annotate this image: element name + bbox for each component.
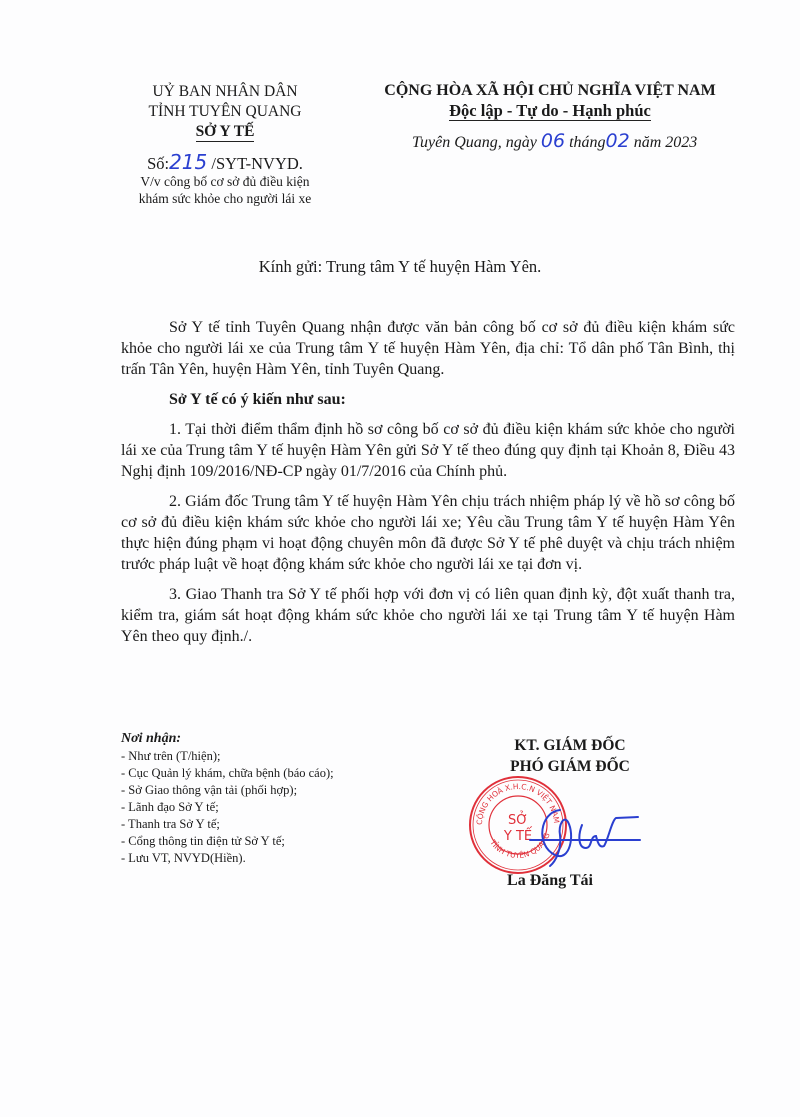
doc-number-suffix: /SYT-NVYD. — [211, 154, 303, 173]
nation-motto: Độc lập - Tự do - Hạnh phúc — [449, 101, 651, 121]
issuing-authority: UỶ BAN NHÂN DÂN TỈNH TUYÊN QUANG SỞ Y TẾ — [100, 82, 350, 142]
item-3: 3. Giao Thanh tra Sở Y tế phối hợp với đ… — [121, 584, 735, 647]
intro-paragraph: Sở Y tế tỉnh Tuyên Quang nhận được văn b… — [121, 317, 735, 380]
document-date: Tuyên Quang, ngày 06 tháng02 năm 2023 — [412, 130, 697, 152]
signature-title-1: KT. GIÁM ĐỐC — [470, 735, 670, 756]
date-day: 06 — [541, 130, 565, 152]
document-body: Sở Y tế tỉnh Tuyên Quang nhận được văn b… — [121, 317, 735, 656]
signature-scribble-icon — [520, 800, 650, 870]
subject-line-1: V/v công bố cơ sở đủ điều kiện — [100, 173, 350, 190]
recipient-item: - Như trên (T/hiện); — [121, 748, 334, 765]
recipient-line: Kính gửi: Trung tâm Y tế huyện Hàm Yên. — [0, 257, 800, 277]
doc-number-prefix: Số: — [147, 154, 169, 173]
recipient-item: - Cổng thông tin điện tử Sở Y tế; — [121, 833, 334, 850]
org-line-1: UỶ BAN NHÂN DÂN — [100, 82, 350, 102]
signer-name: La Đăng Tái — [470, 872, 630, 890]
national-motto: CỘNG HÒA XÃ HỘI CHỦ NGHĨA VIỆT NAM Độc l… — [350, 80, 750, 122]
nation-name: CỘNG HÒA XÃ HỘI CHỦ NGHĨA VIỆT NAM — [350, 80, 750, 101]
recipient-item: - Thanh tra Sở Y tế; — [121, 816, 334, 833]
org-line-3: SỞ Y TẾ — [196, 123, 255, 142]
recipient-item: - Sở Giao thông vận tải (phối hợp); — [121, 782, 334, 799]
recipients-title: Nơi nhận: — [121, 730, 334, 747]
signature-block: KT. GIÁM ĐỐC PHÓ GIÁM ĐỐC — [470, 735, 670, 777]
signature-title-2: PHÓ GIÁM ĐỐC — [470, 756, 670, 777]
opinion-heading: Sở Y tế có ý kiến như sau: — [121, 389, 735, 410]
document-number: Số:215 /SYT-NVYD. — [100, 150, 350, 174]
recipient-item: - Cục Quản lý khám, chữa bệnh (báo cáo); — [121, 765, 334, 782]
recipient-item: - Lưu VT, NVYD(Hiền). — [121, 850, 334, 867]
document-subject: V/v công bố cơ sở đủ điều kiện khám sức … — [100, 173, 350, 207]
recipients-list: Nơi nhận: - Như trên (T/hiện); - Cục Quả… — [121, 730, 334, 867]
date-month-label: tháng — [569, 134, 605, 151]
subject-line-2: khám sức khỏe cho người lái xe — [100, 190, 350, 207]
date-place: Tuyên Quang, ngày — [412, 134, 537, 151]
date-month: 02 — [606, 130, 630, 152]
item-1: 1. Tại thời điểm thẩm định hồ sơ công bố… — [121, 419, 735, 482]
item-2: 2. Giám đốc Trung tâm Y tế huyện Hàm Yên… — [121, 491, 735, 575]
org-line-2: TỈNH TUYÊN QUANG — [100, 102, 350, 122]
recipient-item: - Lãnh đạo Sở Y tế; — [121, 799, 334, 816]
date-year: năm 2023 — [634, 134, 698, 151]
doc-number-value: 215 — [169, 150, 207, 174]
